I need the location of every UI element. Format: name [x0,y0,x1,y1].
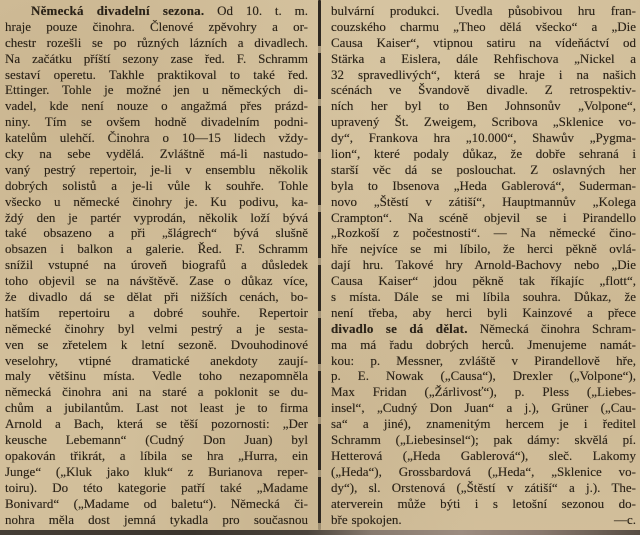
text: scénách ve Švandově divadle. Z retrospek… [331,82,636,97]
text: dobrých solistů a je-li vůle k souhře. T… [5,178,308,193]
text: bře spokojen. [331,512,402,527]
text-line: hatším repertoiru a dobré souhře. Repert… [5,305,308,321]
text-line: divadlo se dá dělat. Německá činohra Sch… [331,321,636,337]
text-line: „Rozkoší z počestnosti“. — Na německé či… [331,225,636,241]
text-line: novo „Štěstí v zátiší“, Hauptmannův „Kol… [331,194,636,210]
text: starší věc dá se poslouchat. Z oslavných… [331,162,636,177]
text: „Rozkoší z počestnosti“. — Na německé či… [331,225,636,240]
text-line: lion“, které podaly důkaz, že dobře sehr… [331,146,636,162]
text: Hetterová („Heda Gablerová“), sleč. Lako… [331,448,636,463]
text-line: insel“, „Cudný Don Juan“ a j.), Grüner (… [331,400,636,416]
text: Německá činohra Schram- [468,321,636,336]
text-line: ždý den je partér vyprodán, několik loží… [5,210,308,226]
text-line: kou: p. Messner, zvláště v Pirandellově … [331,353,636,369]
text: hatším repertoiru a dobré souhře. Repert… [5,305,308,320]
text: 32 spravedlivých“, která se hraje i na n… [331,67,636,82]
text: p. E. Nowak („Causa“), Drexler („Volpone… [331,368,636,383]
text-line: veselohry, vtipné dramatické anekdoty za… [5,353,308,369]
text: vaný pestrý repertoir, je-li v ensemblu … [5,162,308,177]
newspaper-page: Německá divadelní sezona. Od 10. t. m.hr… [0,0,640,535]
text: Stärka a Eislera, dále Rehfischova „Nick… [331,51,636,66]
text-line: sestaví operetu. Takhle praktikoval to t… [5,67,308,83]
text-line: dobrých solistů a je-li vůle k souhře. T… [5,178,308,194]
text: chestr rozešli se po různých lázních a d… [5,35,308,50]
bold-text: Německá divadelní sezona. [31,3,204,18]
text-line: všecko u německé činohry je. Ku podivu, … [5,194,308,210]
text: vadel, kde není nouze o angažmá přes prá… [5,98,308,113]
text-line: toho objevil se na návštěvě. Zase o důka… [5,273,308,289]
text-line: Max Fridan („Žárlivosť“), p. Pless („Lie… [331,384,636,400]
text-line: Bonivard“ („Madame od baletu“). Německá … [5,496,308,512]
text: není třeba, aby herci byli Kainzové a př… [331,305,636,320]
text-line: dy“, Frankova hra „10.000“, Shawův „Pygm… [331,130,636,146]
text-line: Ettinger. Tohle je možné jen u německých… [5,82,308,98]
text: že divadlo dá se dělat při nižších cenác… [5,289,308,304]
text-line: maly většinu místa. Vedle toho nezapomně… [5,368,308,384]
text: niny. Tím se ovšem hodně divadelním podn… [5,114,308,129]
text-line: Junge“ („Kluk jako kluk“ z Burianova rep… [5,464,308,480]
text: ždý den je partér vyprodán, několik loží… [5,210,308,225]
text: opakován třikrát, a líbila se hra „Hurra… [5,448,308,463]
text-line: snížil vstupné na úroveň biografů a důsl… [5,257,308,273]
text: ma má řadu dobrých herců. Jmenujeme namá… [331,337,636,352]
column-divider-rule [318,0,321,530]
text: hraje pouze činohra. Členové zpěvohry a … [5,19,308,34]
text-line: hře nejvíce se mi líbilo, že herci pěkně… [331,241,636,257]
article-right-column: bulvární produkci. Uvedla působivou hru … [331,3,636,527]
text-line: Stärka a Eislera, dále Rehfischova „Nick… [331,51,636,67]
text: insel“, „Cudný Don Juan“ a j.), Grüner (… [331,400,636,415]
line-end-text: bře spokojen. [331,512,402,528]
text: Junge“ („Kluk jako kluk“ z Burianova rep… [5,464,308,479]
bold-text: divadlo se dá dělat. [331,321,468,336]
text-line: německé činohry byl velmi pestrý a je se… [5,321,308,337]
text-line: také obsazeno a při „šlágrech“ bývá sluš… [5,225,308,241]
text-line: Hetterová („Heda Gablerová“), sleč. Lako… [331,448,636,464]
author-signature: —c. [614,512,636,528]
text-line: vaný pestrý repertoir, je-li v ensemblu … [5,162,308,178]
text: dy“, Frankova hra „10.000“, Shawův „Pygm… [331,130,636,145]
text: Arnold a Bach, která se těší pozornosti:… [5,416,308,431]
text: Ettinger. Tohle je možné jen u německých… [5,82,308,97]
text-line: hraje pouze činohra. Členové zpěvohry a … [5,19,308,35]
text: veselohry, vtipné dramatické anekdoty za… [5,353,308,368]
text-line: chům a jubilantům. Last not least je to … [5,400,308,416]
text-line: Causa Kaiser“, vtipnou satiru na vídeňác… [331,35,636,51]
text-line: 32 spravedlivých“, která se hraje i na n… [331,67,636,83]
text: cky na sebe vydělá. Zvláštně má-li nastu… [5,146,308,161]
text: ven se zřetelem k letní sezoně. Dvouhodi… [5,337,308,352]
text: upravený Št. Zweigem, Scribova „Sklenice… [331,114,636,129]
text-line: Schramm („Liebesinsel“); pak dámy: skvěl… [331,432,636,448]
text: kou: p. Messner, zvláště v Pirandellově … [331,353,636,368]
text: bulvární produkci. Uvedla působivou hru … [331,3,636,18]
text: aterverein může býti i s letošní sezonou… [331,496,636,511]
text-line: scénách ve Švandově divadle. Z retrospek… [331,82,636,98]
text: nohra měla dost jemná tykadla pro součas… [5,512,308,527]
text-line: ma má řadu dobrých herců. Jmenujeme namá… [331,337,636,353]
text: keusche Lebemann“ (Cudný Don Juan) byl [5,432,308,447]
text: hře nejvíce se mi líbilo, že herci pěkně… [331,241,636,256]
text-line: dají hru. Takové hry Arnold-Bachovy nebo… [331,257,636,273]
text: s místa. Dále se mi líbila souhra. Důkaz… [331,289,636,304]
text-line: toiru). Do této kategorie patří také „Ma… [5,480,308,496]
text: sestaví operetu. Takhle praktikoval to t… [5,67,308,82]
text-line: katelům ulehčí. Činohra o 10—15 lidech v… [5,130,308,146]
text-line: chestr rozešli se po různých lázních a d… [5,35,308,51]
text-line: s místa. Dále se mi líbila souhra. Důkaz… [331,289,636,305]
text-line: sa“ a jiné), znamenitým hercem je i ředi… [331,416,636,432]
text-line: opakován třikrát, a líbila se hra „Hurra… [5,448,308,464]
text-line: není třeba, aby herci byli Kainzové a př… [331,305,636,321]
text: dají hru. Takové hry Arnold-Bachovy nebo… [331,257,636,272]
text: obsazen i balkon a galerie. Řed. F. Schr… [5,241,308,256]
text-line: dy“), sl. Orstenová („Štěstí v zátiší“ a… [331,480,636,496]
text-line: ních her byl to Ben Johnsonův „Volpone“, [331,98,636,114]
text: Schramm („Liebesinsel“); pak dámy: skvěl… [331,432,636,447]
text: Crampton“. Na scéně objevil se i Pirande… [331,210,636,225]
text: toho objevil se na návštěvě. Zase o důka… [5,273,308,288]
text: katelům ulehčí. Činohra o 10—15 lidech v… [5,130,308,145]
text-line: bulvární produkci. Uvedla působivou hru … [331,3,636,19]
text: toiru). Do této kategorie patří také „Ma… [5,480,308,495]
text: —c. [614,512,636,527]
text: Od 10. t. m. [204,3,308,18]
text-line: německá činohra ani na staré a poklonit … [5,384,308,400]
text: snížil vstupné na úroveň biografů a důsl… [5,257,308,272]
text-line: upravený Št. Zweigem, Scribova „Sklenice… [331,114,636,130]
text-line: niny. Tím se ovšem hodně divadelním podn… [5,114,308,130]
text: Max Fridan („Žárlivosť“), p. Pless („Lie… [331,384,636,399]
text: všecko u německé činohry je. Ku podivu, … [5,194,308,209]
text: byla to Ibsenova „Heda Gablerová“, Suder… [331,178,636,193]
text-line: Crampton“. Na scéně objevil se i Pirande… [331,210,636,226]
text-line: starší věc dá se poslouchat. Z oslavných… [331,162,636,178]
text-line: p. E. Nowak („Causa“), Drexler („Volpone… [331,368,636,384]
text-line: couzského charmu „Theo dělá všecko“ a „D… [331,19,636,35]
text: lion“, které podaly důkaz, že dobře sehr… [331,146,636,161]
text-line: nohra měla dost jemná tykadla pro součas… [5,512,308,528]
text-line: aterverein může býti i s letošní sezonou… [331,496,636,512]
text: německé činohry byl velmi pestrý a je se… [5,321,308,336]
text: ních her byl to Ben Johnsonův „Volpone“, [331,98,636,113]
bottom-page-rule [0,530,640,535]
text: také obsazeno a při „šlágrech“ bývá sluš… [5,225,308,240]
text-line: obsazen i balkon a galerie. Řed. F. Schr… [5,241,308,257]
text: sa“ a jiné), znamenitým hercem je i ředi… [331,416,636,431]
text-line: Na začátku příští sezony zase řed. F. Sc… [5,51,308,67]
text-line: že divadlo dá se dělat při nižších cenác… [5,289,308,305]
text-line: Arnold a Bach, která se těší pozornosti:… [5,416,308,432]
text: dy“), sl. Orstenová („Štěstí v zátiší“ a… [331,480,636,495]
text: couzského charmu „Theo dělá všecko“ a „D… [331,19,636,34]
text: novo „Štěstí v zátiší“, Hauptmannův „Kol… [331,194,636,209]
text-line: bře spokojen.—c. [331,512,636,528]
article-left-column: Německá divadelní sezona. Od 10. t. m.hr… [5,3,308,527]
text-line: cky na sebe vydělá. Zvláštně má-li nastu… [5,146,308,162]
text-line: Německá divadelní sezona. Od 10. t. m. [5,3,308,19]
text: („Heda“), Grossbardová („Heda“, „Sklenic… [331,464,636,479]
text: Causa Kaiser“ jdou pěkně tak říkajíc „fl… [331,273,636,288]
text: maly většinu místa. Vedle toho nezapomně… [5,368,308,383]
text: Bonivard“ („Madame od baletu“). Německá … [5,496,308,511]
text-line: vadel, kde není nouze o angažmá přes prá… [5,98,308,114]
text: německá činohra ani na staré a poklonit … [5,384,308,399]
text-line: Causa Kaiser“ jdou pěkně tak říkajíc „fl… [331,273,636,289]
text-line: („Heda“), Grossbardová („Heda“, „Sklenic… [331,464,636,480]
text-line: ven se zřetelem k letní sezoně. Dvouhodi… [5,337,308,353]
text-line: keusche Lebemann“ (Cudný Don Juan) byl [5,432,308,448]
text: Causa Kaiser“, vtipnou satiru na vídeňác… [331,35,636,50]
text: Na začátku příští sezony zase řed. F. Sc… [5,51,308,66]
text-line: byla to Ibsenova „Heda Gablerová“, Suder… [331,178,636,194]
text: chům a jubilantům. Last not least je to … [5,400,308,415]
